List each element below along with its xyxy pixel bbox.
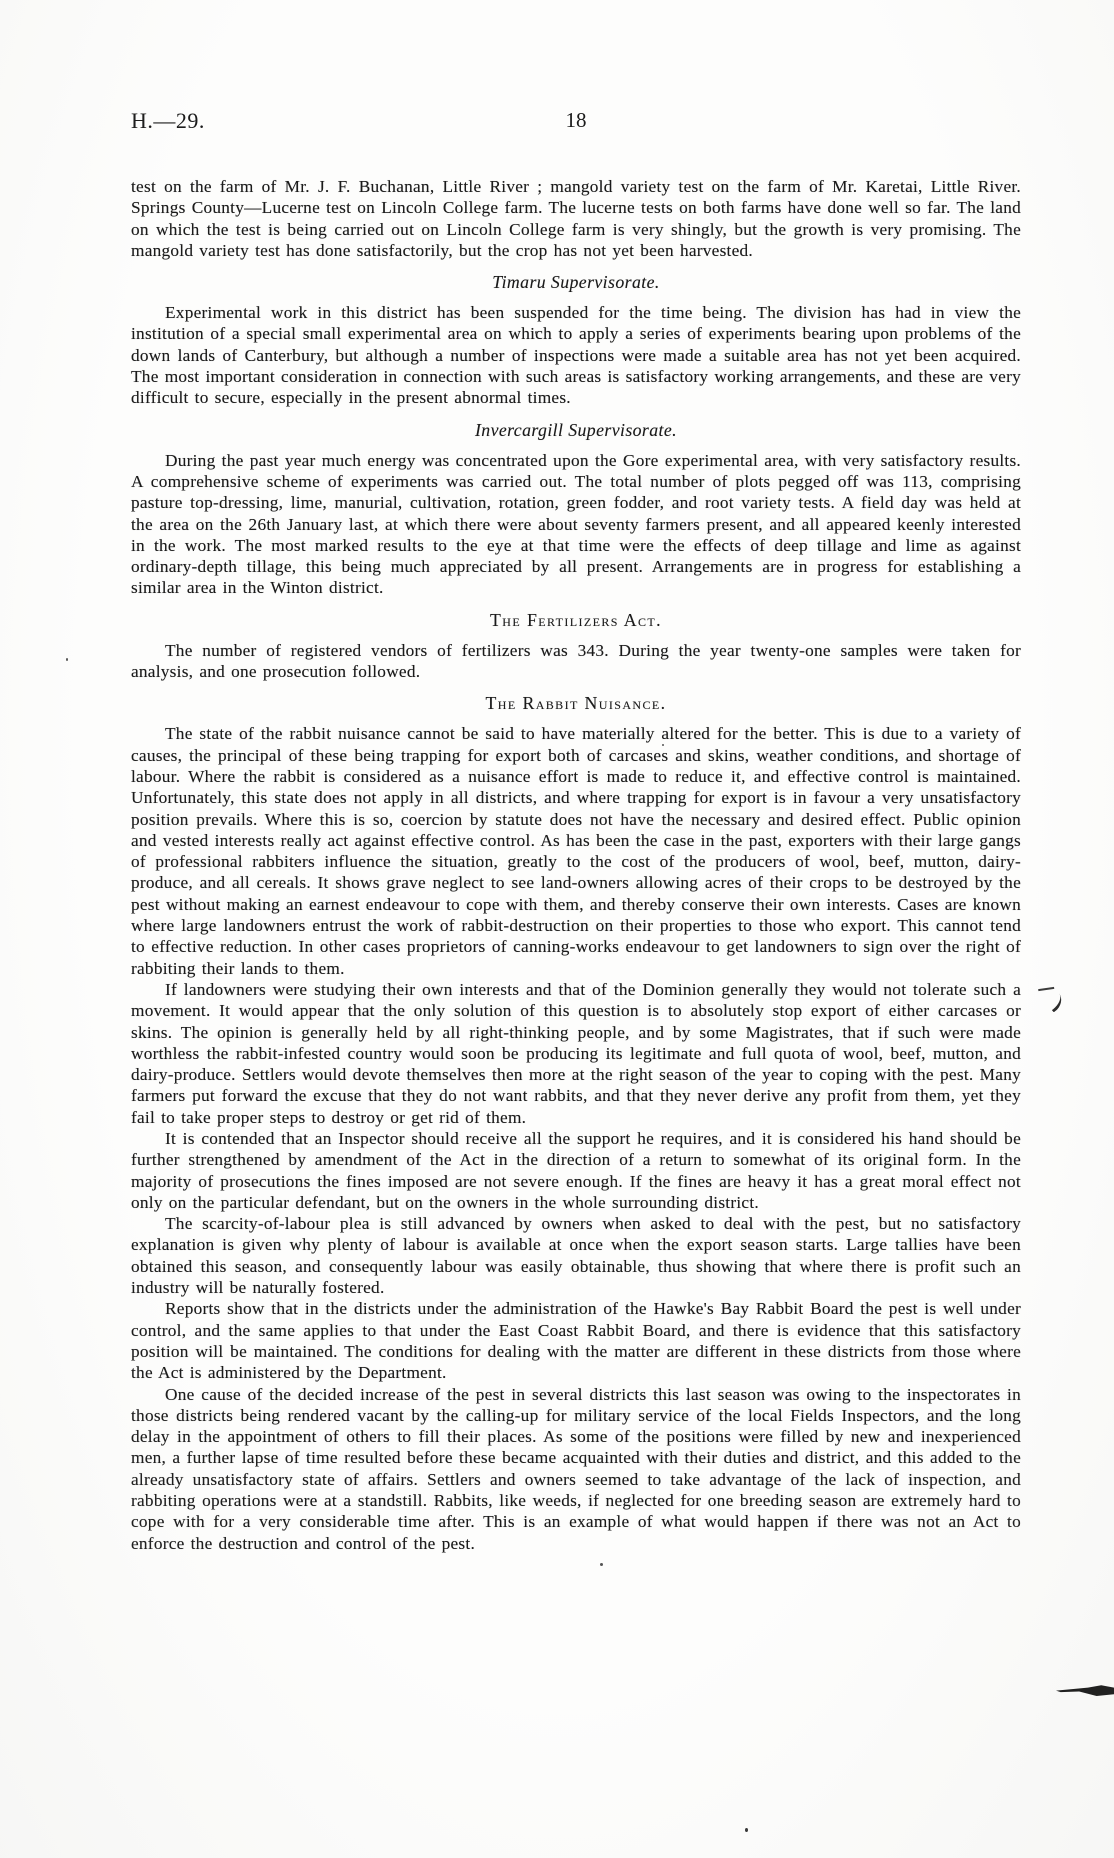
paragraph-invercargill-supervisorate: During the past year much energy was con… xyxy=(131,450,1021,599)
scan-speck xyxy=(66,658,68,661)
paragraph-fertilizers-act: The number of registered vendors of fert… xyxy=(131,640,1021,683)
document-body: test on the farm of Mr. J. F. Buchanan, … xyxy=(131,176,1021,1554)
paragraph-rabbit-nuisance-landowners: If landowners were studying their own in… xyxy=(131,979,1021,1128)
ink-smudge xyxy=(1056,1684,1114,1696)
heading-fertilizers-act: The Fertilizers Act. xyxy=(131,610,1021,631)
heading-timaru-supervisorate: Timaru Supervisorate. xyxy=(131,272,1021,293)
page-number: 18 xyxy=(566,108,587,133)
page-header: H.—29. 18 xyxy=(131,108,1021,138)
document-page: H.—29. 18 test on the farm of Mr. J. F. … xyxy=(0,0,1114,1858)
paragraph-rabbit-nuisance-state: The state of the rabbit nuisance cannot … xyxy=(131,723,1021,979)
scan-speck xyxy=(745,1828,748,1832)
scan-speck xyxy=(600,1563,603,1566)
paragraph-rabbit-nuisance-inspector: It is contended that an Inspector should… xyxy=(131,1128,1021,1213)
paragraph-timaru-supervisorate: Experimental work in this district has b… xyxy=(131,302,1021,408)
report-code: H.—29. xyxy=(131,108,205,134)
margin-pencil-tick xyxy=(1046,992,1067,1012)
heading-invercargill-supervisorate: Invercargill Supervisorate. xyxy=(131,420,1021,441)
paragraph-field-tests-continuation: test on the farm of Mr. J. F. Buchanan, … xyxy=(131,176,1021,261)
paragraph-rabbit-nuisance-labour: The scarcity-of-labour plea is still adv… xyxy=(131,1213,1021,1298)
heading-rabbit-nuisance: The Rabbit Nuisance. xyxy=(131,693,1021,714)
paragraph-rabbit-nuisance-inspectorates: One cause of the decided increase of the… xyxy=(131,1384,1021,1554)
paragraph-rabbit-nuisance-boards: Reports show that in the districts under… xyxy=(131,1298,1021,1383)
margin-pencil-tick xyxy=(1038,984,1055,991)
